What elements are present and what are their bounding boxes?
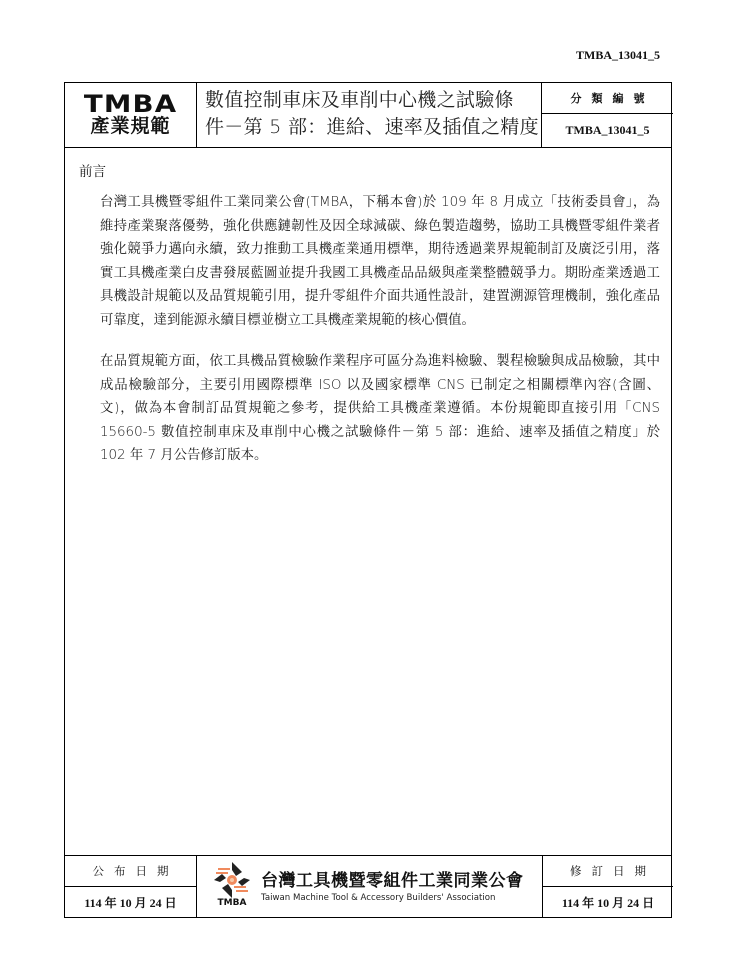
document-header: TMBA 產業規範 數值控制車床及車削中心機之試驗條 件－第 5 部：進給、速率… (65, 83, 671, 148)
paragraph-1: 台灣工具機暨零組件工業同業公會(TMBA，下稱本會)於 109 年 8 月成立「… (100, 191, 660, 332)
association-name-zh: 台灣工具機暨零組件工業同業公會 (261, 870, 524, 892)
association-banner: TMBA 台灣工具機暨零組件工業同業公會 Taiwan Machine Tool… (197, 856, 542, 918)
tmba-association-logo: TMBA (211, 860, 253, 914)
revise-date-value: 114 年 10 月 24 日 (543, 887, 673, 918)
paragraph-2: 在品質規範方面，依工具機品質檢驗作業程序可區分為進料檢驗、製程檢驗與成品檢驗，其… (100, 350, 660, 468)
publish-date-cell: 公布日期 114 年 10 月 24 日 (65, 856, 197, 918)
revise-date-cell: 修訂日期 114 年 10 月 24 日 (542, 856, 673, 918)
classification-label: 分類編號 (542, 83, 673, 114)
logo-zh: 產業規範 (90, 115, 170, 137)
section-title: 前言 (79, 160, 106, 180)
doc-code-top: TMBA_13041_5 (576, 48, 660, 63)
association-names: 台灣工具機暨零組件工業同業公會 Taiwan Machine Tool & Ac… (261, 870, 524, 904)
tmba-emblem-icon (212, 860, 252, 900)
association-name-en: Taiwan Machine Tool & Accessory Builders… (261, 892, 524, 904)
document-frame: TMBA 產業規範 數值控制車床及車削中心機之試驗條 件－第 5 部：進給、速率… (64, 82, 672, 918)
document-title: 數值控制車床及車削中心機之試驗條 件－第 5 部：進給、速率及插值之精度 (197, 83, 542, 147)
publish-date-label: 公布日期 (65, 856, 196, 887)
document-footer: 公布日期 114 年 10 月 24 日 (65, 855, 671, 918)
assoc-logo-text: TMBA (218, 898, 247, 908)
logo-en: TMBA (84, 93, 177, 115)
title-line-2: 件－第 5 部：進給、速率及插值之精度 (205, 114, 541, 141)
classification-value: TMBA_13041_5 (542, 114, 673, 147)
tmba-standard-logo: TMBA 產業規範 (65, 83, 197, 147)
document-body: 前言 台灣工具機暨零組件工業同業公會(TMBA，下稱本會)於 109 年 8 月… (65, 148, 671, 855)
publish-date-value: 114 年 10 月 24 日 (65, 887, 196, 918)
revise-date-label: 修訂日期 (543, 856, 673, 887)
classification-cell: 分類編號 TMBA_13041_5 (542, 83, 673, 147)
title-line-1: 數值控制車床及車削中心機之試驗條 (205, 87, 541, 114)
